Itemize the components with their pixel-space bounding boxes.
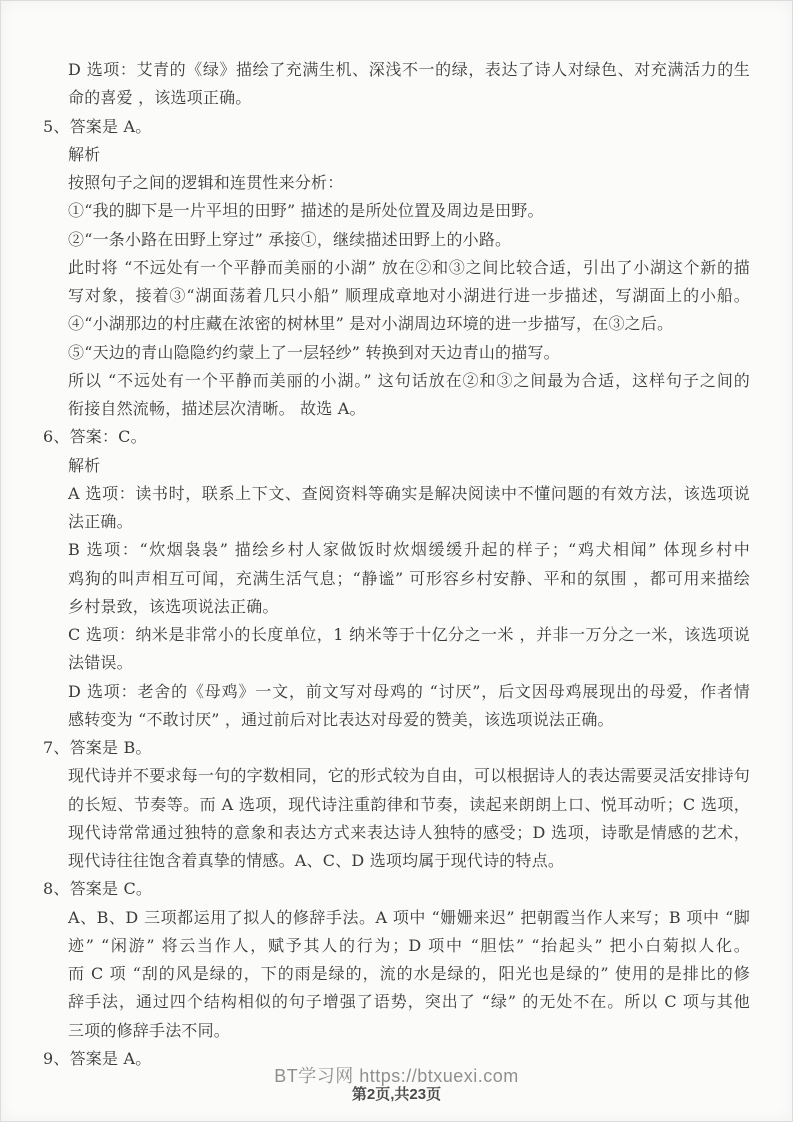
- text-line: 此时将 “不远处有一个平静而美丽的小湖” 放在②和③之间比较合适，引出了小湖这个…: [68, 254, 750, 282]
- text-line: 按照句子之间的逻辑和连贯性来分析：: [68, 169, 750, 197]
- text-line: 辞手法，通过四个结构相似的句子增强了语势，突出了 “绿” 的无处不在。所以 C …: [68, 988, 750, 1016]
- text-line: D 选项：老舍的《母鸡》一文，前文写对母鸡的 “讨厌”，后文因母鸡展现出的母爱，…: [68, 678, 750, 706]
- answer-number-line: 6、答案：C。: [43, 423, 750, 451]
- text-line: 现代诗常常通过独特的意象和表达方式来表达诗人独特的感受；D 选项，诗歌是情感的艺…: [68, 819, 750, 847]
- text-line: 解析: [68, 452, 750, 480]
- page-footer: BT学习网 https://btxuexi.com 第2页,共23页: [0, 1066, 793, 1103]
- watermark-site-url: BT学习网 https://btxuexi.com: [0, 1066, 793, 1086]
- document-page: D 选项：艾青的《绿》描绘了充满生机、深浅不一的绿，表达了诗人对绿色、对充满活力…: [0, 0, 793, 1122]
- text-line: B 选项：“炊烟袅袅” 描绘乡村人家做饭时炊烟缓缓升起的样子；“鸡犬相闻” 体现…: [68, 536, 750, 564]
- text-line: A 选项：读书时，联系上下文、查阅资料等确实是解决阅读中不懂问题的有效方法，该选…: [68, 480, 750, 508]
- text-line: C 选项：纳米是非常小的长度单位，1 纳米等于十亿分之一米 ，并非一万分之一米，…: [68, 621, 750, 649]
- text-line: 的长短、节奏等。而 A 选项，现代诗注重韵律和节奏，读起来朗朗上口、悦耳动听；C…: [68, 791, 750, 819]
- text-line: D 选项：艾青的《绿》描绘了充满生机、深浅不一的绿，表达了诗人对绿色、对充满活力…: [68, 56, 750, 84]
- text-line: 迹” “闲游” 将云当作人，赋予其人的行为；D 项中 “胆怯” “抬起头” 把小…: [68, 932, 750, 960]
- text-line: 命的喜爱 ，该选项正确。: [68, 84, 750, 112]
- text-line: 乡村景致，该选项说法正确。: [68, 593, 750, 621]
- text-line: 三项的修辞手法不同。: [68, 1017, 750, 1045]
- page-number-indicator: 第2页,共23页: [0, 1086, 793, 1103]
- text-line: A、B、D 三项都运用了拟人的修辞手法。A 项中 “姗姗来迟” 把朝霞当作人来写…: [68, 904, 750, 932]
- answer-number-line: 5、答案是 A。: [43, 113, 750, 141]
- document-body: D 选项：艾青的《绿》描绘了充满生机、深浅不一的绿，表达了诗人对绿色、对充满活力…: [43, 56, 750, 1073]
- text-line: 写对象，接着③“湖面荡着几只小船” 顺理成章地对小湖进行进一步描述，写湖面上的小…: [68, 282, 750, 310]
- text-line: 法正确。: [68, 508, 750, 536]
- text-line: ①“我的脚下是一片平坦的田野” 描述的是所处位置及周边是田野。: [68, 197, 750, 225]
- text-line: 衔接自然流畅，描述层次清晰。 故选 A。: [68, 395, 750, 423]
- text-line: 法错误。: [68, 649, 750, 677]
- text-line: 现代诗往往饱含着真挚的情感。A、C、D 选项均属于现代诗的特点。: [68, 847, 750, 875]
- text-line: ②“一条小路在田野上穿过” 承接①，继续描述田野上的小路。: [68, 226, 750, 254]
- text-line: 现代诗并不要求每一句的字数相同，它的形式较为自由，可以根据诗人的表达需要灵活安排…: [68, 762, 750, 790]
- text-line: ④“小湖那边的村庄藏在浓密的树林里” 是对小湖周边环境的进一步描写，在③之后。: [68, 310, 750, 338]
- text-line: 感转变为 “不敢讨厌” ，通过前后对比表达对母爱的赞美，该选项说法正确。: [68, 706, 750, 734]
- answer-number-line: 8、答案是 C。: [43, 875, 750, 903]
- text-line: 而 C 项 “刮的风是绿的，下的雨是绿的，流的水是绿的，阳光也是绿的” 使用的是…: [68, 960, 750, 988]
- text-line: 所以 “不远处有一个平静而美丽的小湖。” 这句话放在②和③之间最为合适，这样句子…: [68, 367, 750, 395]
- answer-number-line: 7、答案是 B。: [43, 734, 750, 762]
- text-line: ⑤“天边的青山隐隐约约蒙上了一层轻纱” 转换到对天边青山的描写。: [68, 339, 750, 367]
- text-line: 鸡狗的叫声相互可闻，充满生活气息；“静谧” 可形容乡村安静、平和的氛围 ，都可用…: [68, 565, 750, 593]
- text-line: 解析: [68, 141, 750, 169]
